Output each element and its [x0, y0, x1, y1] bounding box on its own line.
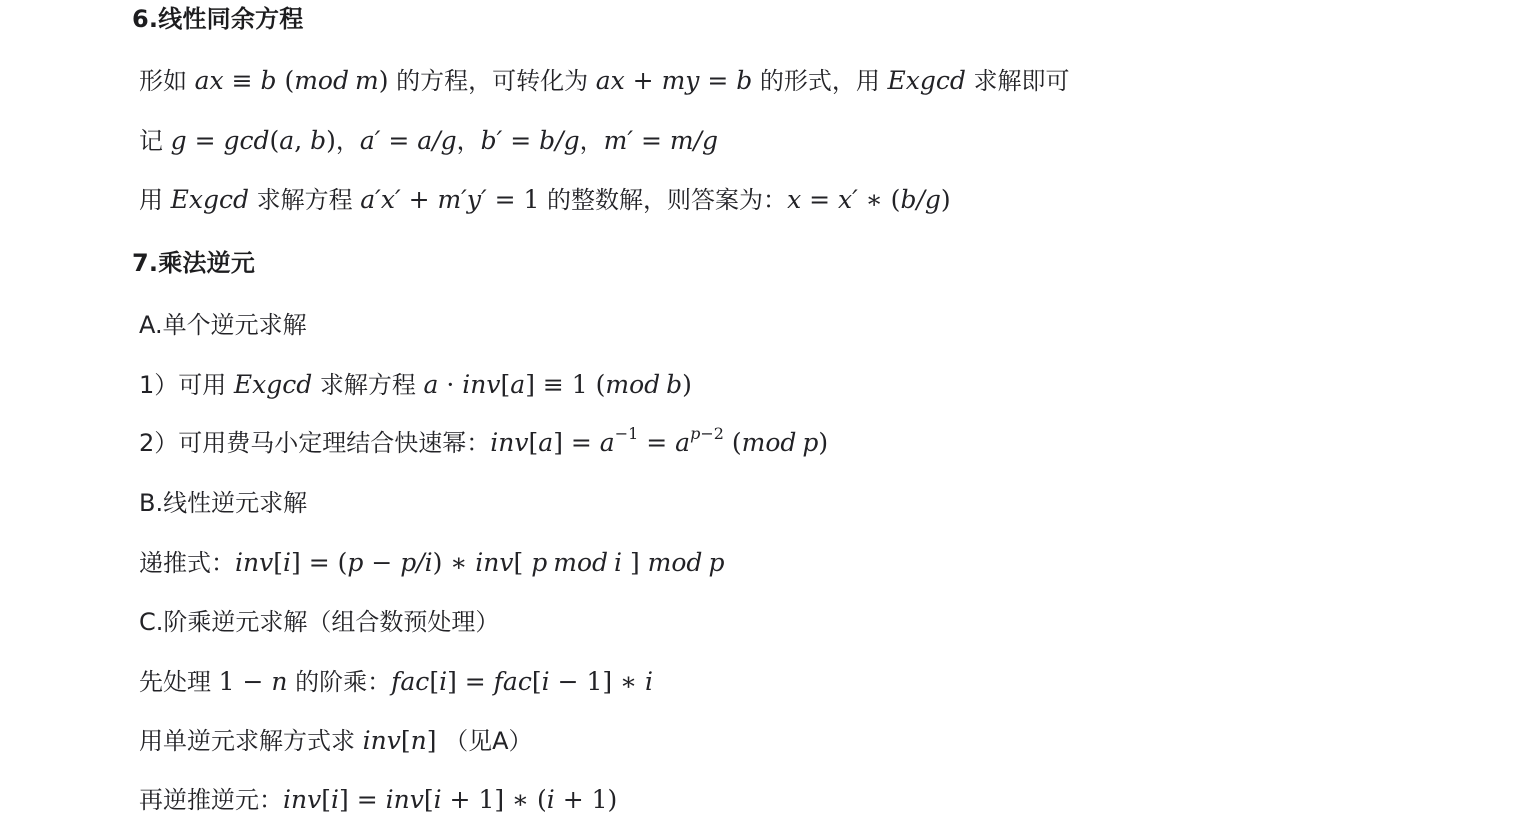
paragraph-exgcd-inverse: 1）可用 Exgcd 求解方程 a · inv[a] ≡ 1 (modb) — [139, 367, 692, 403]
math-factorial-recurrence: fac[i] = fac[i − 1] ∗ i — [391, 667, 653, 696]
math-linear-equation: ax + my = b — [596, 66, 753, 95]
text-fragment: 求解方程 — [249, 186, 360, 214]
math-inverse-congruence: a · inv[a] ≡ 1 (modb) — [424, 370, 692, 399]
text-fragment: 用 — [139, 186, 171, 214]
text-fragment: 的阶乘： — [288, 668, 392, 696]
paragraph-factorial: 先处理 1 − n 的阶乘：fac[i] = fac[i − 1] ∗ i — [139, 664, 653, 700]
math-backward-recurrence: inv[i] = inv[i + 1] ∗ (i + 1) — [283, 785, 617, 814]
text-fragment: ， — [580, 127, 604, 155]
math-fermat: inv[a] = a−1 = ap−2 (modp) — [490, 428, 828, 457]
subheading-factorial-inverse: C.阶乘逆元求解（组合数预处理） — [139, 604, 499, 640]
text-fragment: ， — [336, 127, 360, 155]
paragraph-recurrence: 递推式：inv[i] = (p − p/i) ∗ inv[ pmodi ] mo… — [139, 545, 724, 581]
text-fragment: 形如 — [139, 67, 195, 95]
text-fragment: （见A） — [437, 727, 533, 755]
text-fragment: 再逆推逆元： — [139, 786, 283, 814]
subheading-linear-inverse: B.线性逆元求解 — [139, 485, 307, 521]
subheading-single-inverse: A.单个逆元求解 — [139, 307, 307, 343]
text-fragment: 用单逆元求解方式求 — [139, 727, 363, 755]
math-reduced-equation: a′x′ + m′y′ = 1 — [360, 185, 539, 214]
paragraph-linear-congruence-form: 形如 ax ≡ b (modm) 的方程，可转化为 ax + my = b 的形… — [139, 63, 1070, 99]
paragraph-exgcd-solution: 用 Exgcd 求解方程 a′x′ + m′y′ = 1 的整数解，则答案为：x… — [139, 182, 951, 218]
text-fragment: 求解方程 — [312, 371, 423, 399]
section-heading-linear-congruence: 6.线性同余方程 — [132, 2, 303, 36]
math-b-prime: b′ = b/g — [481, 126, 580, 155]
text-fragment: 记 — [139, 127, 171, 155]
text-fragment: 求解即可 — [966, 67, 1070, 95]
math-a-prime: a′ = a/g — [360, 126, 457, 155]
paragraph-gcd-definitions: 记 g = gcd(a, b)，a′ = a/g，b′ = b/g，m′ = m… — [139, 123, 718, 159]
math-inv-n: inv[n] — [363, 726, 437, 755]
paragraph-fermat-inverse: 2）可用费马小定理结合快速幂：inv[a] = a−1 = ap−2 (modp… — [139, 425, 828, 461]
text-fragment: 1）可用 — [139, 371, 234, 399]
math-answer: x = x′ ∗ (b/g) — [787, 185, 951, 214]
text-fragment: 2）可用费马小定理结合快速幂： — [139, 429, 490, 457]
text-fragment: 的形式，用 — [752, 67, 887, 95]
text-fragment: 的整数解，则答案为： — [539, 186, 787, 214]
math-exgcd: Exgcd — [171, 185, 249, 214]
math-gcd: g = gcd(a, b) — [171, 126, 336, 155]
text-fragment: ， — [457, 127, 481, 155]
math-congruence: ax ≡ b (modm) — [195, 66, 389, 95]
math-m-prime: m′ = m/g — [604, 126, 718, 155]
paragraph-backward-inverse: 再逆推逆元：inv[i] = inv[i + 1] ∗ (i + 1) — [139, 782, 617, 818]
paragraph-inv-n: 用单逆元求解方式求 inv[n] （见A） — [139, 723, 533, 759]
text-fragment: 的方程，可转化为 — [388, 67, 595, 95]
text-fragment: 先处理 — [139, 668, 219, 696]
text-fragment: 递推式： — [139, 549, 235, 577]
math-recurrence: inv[i] = (p − p/i) ∗ inv[ pmodi ] modp — [235, 548, 724, 577]
math-exgcd: Exgcd — [888, 66, 966, 95]
math-exgcd: Exgcd — [234, 370, 312, 399]
math-range: 1 − n — [219, 667, 288, 696]
section-heading-modular-inverse: 7.乘法逆元 — [132, 246, 255, 280]
